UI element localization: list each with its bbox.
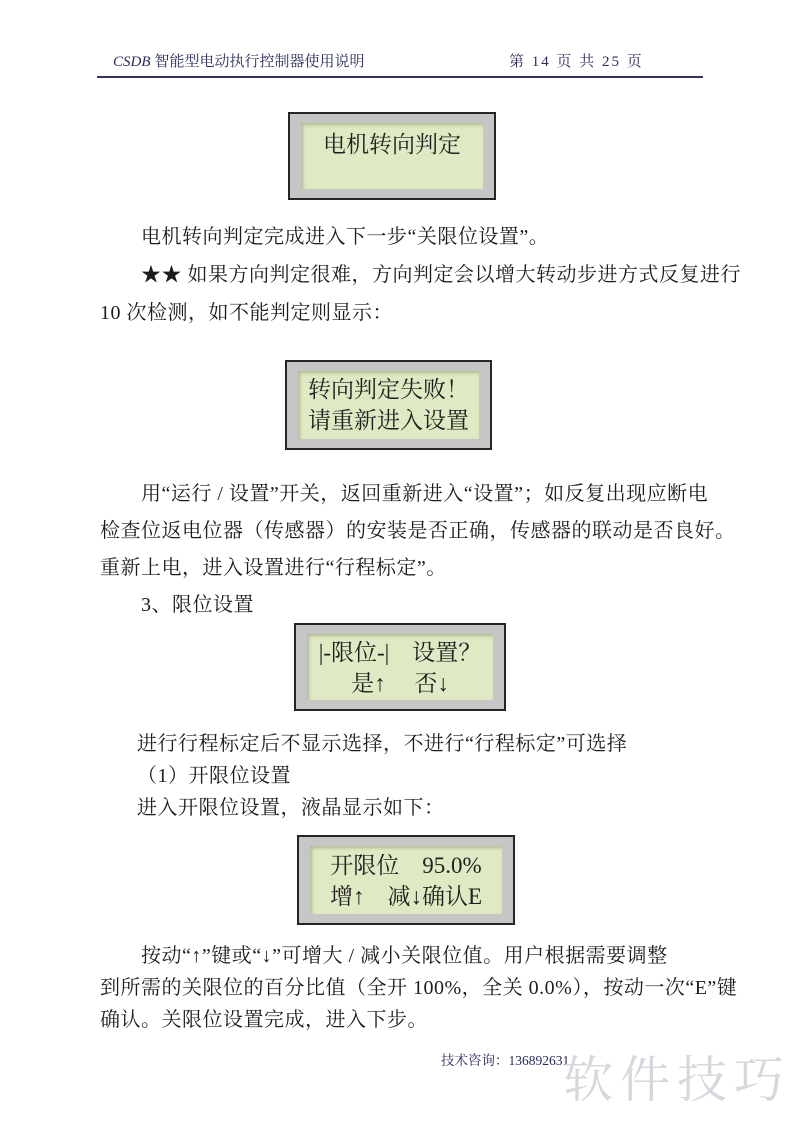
text-line: 进入开限位设置，液晶显示如下： [100, 792, 718, 824]
text-line: 检查位返电位器（传感器）的安装是否正确，传感器的联动是否良好。 [100, 513, 718, 550]
paragraph-direction-note: ★★ 如果方向判定很难，方向判定会以增大转动步进方式反复进行 10 次检测，如不… [100, 256, 718, 332]
lcd-screen: 开限位 95.0% 增↑ 减↓确认E [310, 846, 502, 914]
header-divider [97, 76, 703, 78]
lcd-text: 转向判定失败！ [298, 374, 479, 405]
header-title-text: 智能型电动执行控制器使用说明 [155, 54, 365, 70]
lcd-screen: |-限位-| 设置？ 是↑ 否↓ [307, 634, 493, 700]
header-title: CSDB智能型电动执行控制器使用说明 [113, 50, 365, 71]
lcd-text: 是↑ 否↓ [307, 668, 493, 699]
text-line: （1）开限位设置 [100, 760, 718, 792]
text-line: 10 次检测，如不能判定则显示： [100, 294, 718, 332]
text-line: 到所需的关限位的百分比值（全开 100%，全关 0.0%），按动一次“E”键 [100, 972, 718, 1004]
lcd-text: 开限位 95.0% [310, 850, 502, 881]
header-page-number: 第 14 页 共 25 页 [509, 50, 644, 71]
lcd-text: 电机转向判定 [301, 129, 483, 160]
lcd-display-open-limit: 开限位 95.0% 增↑ 减↓确认E [297, 835, 515, 925]
text-line: 用“运行 / 设置”开关，返回重新进入“设置”；如反复出现应断电 [100, 476, 718, 513]
paragraph-direction-complete: 电机转向判定完成进入下一步“关限位设置”。 [100, 220, 718, 254]
section-heading-limit-setting: 3、限位设置 [100, 588, 718, 622]
lcd-text: 增↑ 减↓确认E [310, 881, 502, 912]
text-line: 重新上电，进入设置进行“行程标定”。 [100, 550, 718, 587]
lcd-text: 请重新进入设置 [298, 405, 479, 436]
lcd-screen: 电机转向判定 [301, 123, 483, 189]
text-line: 电机转向判定完成进入下一步“关限位设置”。 [100, 220, 718, 254]
lcd-display-motor-direction: 电机转向判定 [288, 112, 496, 200]
paragraph-open-limit-intro: 进行行程标定后不显示选择，不进行“行程标定”可选择 （1）开限位设置 进入开限位… [100, 728, 718, 824]
manual-page: CSDB智能型电动执行控制器使用说明 第 14 页 共 25 页 电机转向判定 … [0, 0, 800, 1131]
lcd-display-direction-fail: 转向判定失败！ 请重新进入设置 [285, 360, 492, 450]
lcd-display-limit-prompt: |-限位-| 设置？ 是↑ 否↓ [294, 623, 506, 711]
text-line: 进行行程标定后不显示选择，不进行“行程标定”可选择 [100, 728, 718, 760]
header-brand: CSDB [113, 54, 151, 70]
watermark-text: 软件技巧 [563, 1040, 791, 1112]
footer-contact: 技术咨询：13689263158 [441, 1049, 570, 1069]
text-line: 确认。关限位设置完成，进入下步。 [100, 1004, 718, 1036]
text-line: ★★ 如果方向判定很难，方向判定会以增大转动步进方式反复进行 [100, 256, 718, 294]
paragraph-reset-instructions: 用“运行 / 设置”开关，返回重新进入“设置”；如反复出现应断电 检查位返电位器… [100, 476, 718, 587]
lcd-text: |-限位-| 设置？ [307, 637, 493, 668]
paragraph-key-adjustment: 按动“↑”键或“↓”可增大 / 减小关限位值。用户根据需要调整 到所需的关限位的… [100, 940, 718, 1036]
lcd-screen: 转向判定失败！ 请重新进入设置 [298, 371, 479, 439]
heading-text: 3、限位设置 [100, 588, 718, 622]
text-line: 按动“↑”键或“↓”可增大 / 减小关限位值。用户根据需要调整 [100, 940, 718, 972]
